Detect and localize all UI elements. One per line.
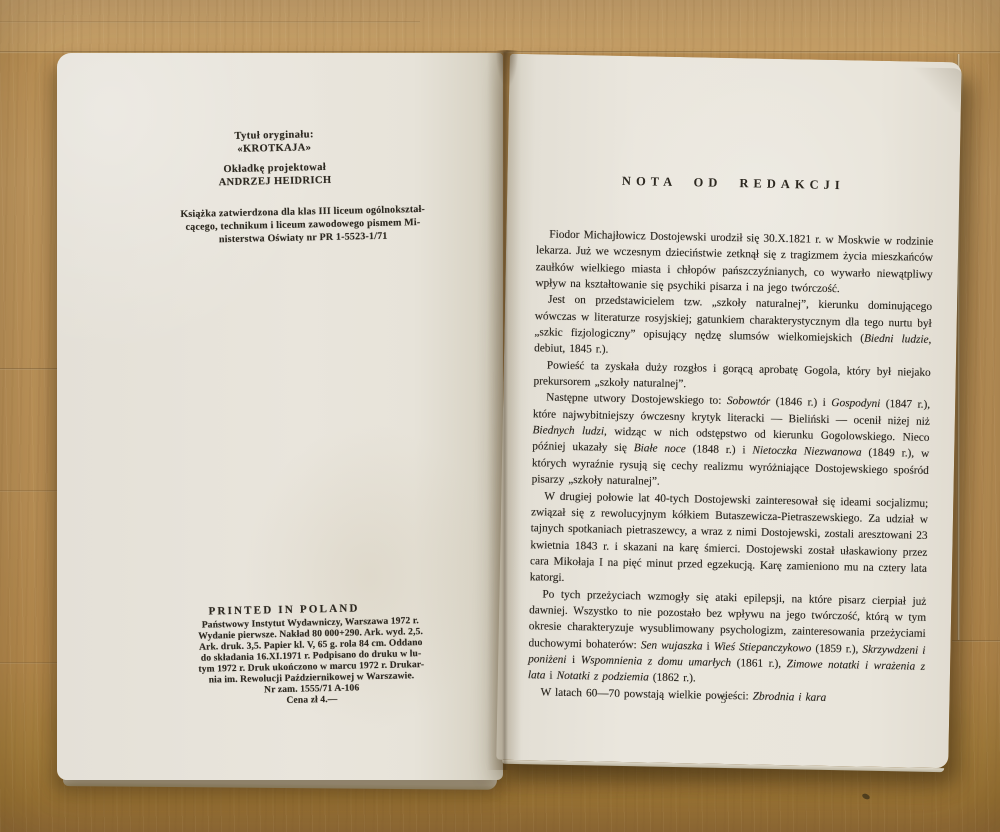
paragraph: W drugiej połowie lat 40-tych Dostojewsk… [530, 488, 929, 594]
paragraph: Fiodor Michajłowicz Dostojewski urodził … [535, 226, 933, 299]
wood-seam [0, 490, 60, 492]
publisher-imprint: Państwowy Instytut Wydawniczy, Warszawa … [157, 615, 465, 710]
floor-speck [861, 793, 870, 801]
editorial-note-body: Fiodor Michajłowicz Dostojewski urodził … [527, 226, 933, 708]
school-approval-note: Książka zatwierdzona dla klas III liceum… [153, 202, 454, 247]
paragraph: Jest on przedstawicielem tzw. „szkoły na… [534, 292, 932, 365]
right-page: NOTA OD REDAKCJI Fiodor Michajłowicz Dos… [496, 54, 961, 769]
left-page-content: Tytuł oryginału: «KROTKAJA» Okładkę proj… [49, 48, 510, 784]
paragraph: Po tych przeżyciach wzmogły się ataki ep… [528, 586, 927, 692]
wood-seam [0, 21, 420, 23]
wood-seam [0, 368, 60, 370]
chapter-heading: NOTA OD REDAKCJI [507, 172, 959, 196]
wood-seam [0, 662, 62, 664]
page-corner-crease [911, 67, 964, 112]
left-page: Tytuł oryginału: «KROTKAJA» Okładkę proj… [57, 53, 503, 780]
paragraph: Następne utwory Dostojewskiego to: Sobow… [531, 390, 930, 496]
book-photo-scene: Tytuł oryginału: «KROTKAJA» Okładkę proj… [0, 0, 1000, 832]
original-title-block: Tytuł oryginału: «KROTKAJA» [51, 124, 497, 159]
wood-seam [952, 640, 1000, 642]
cover-designer-block: Okładkę projektował ANDRZEJ HEIDRICH [52, 157, 498, 192]
